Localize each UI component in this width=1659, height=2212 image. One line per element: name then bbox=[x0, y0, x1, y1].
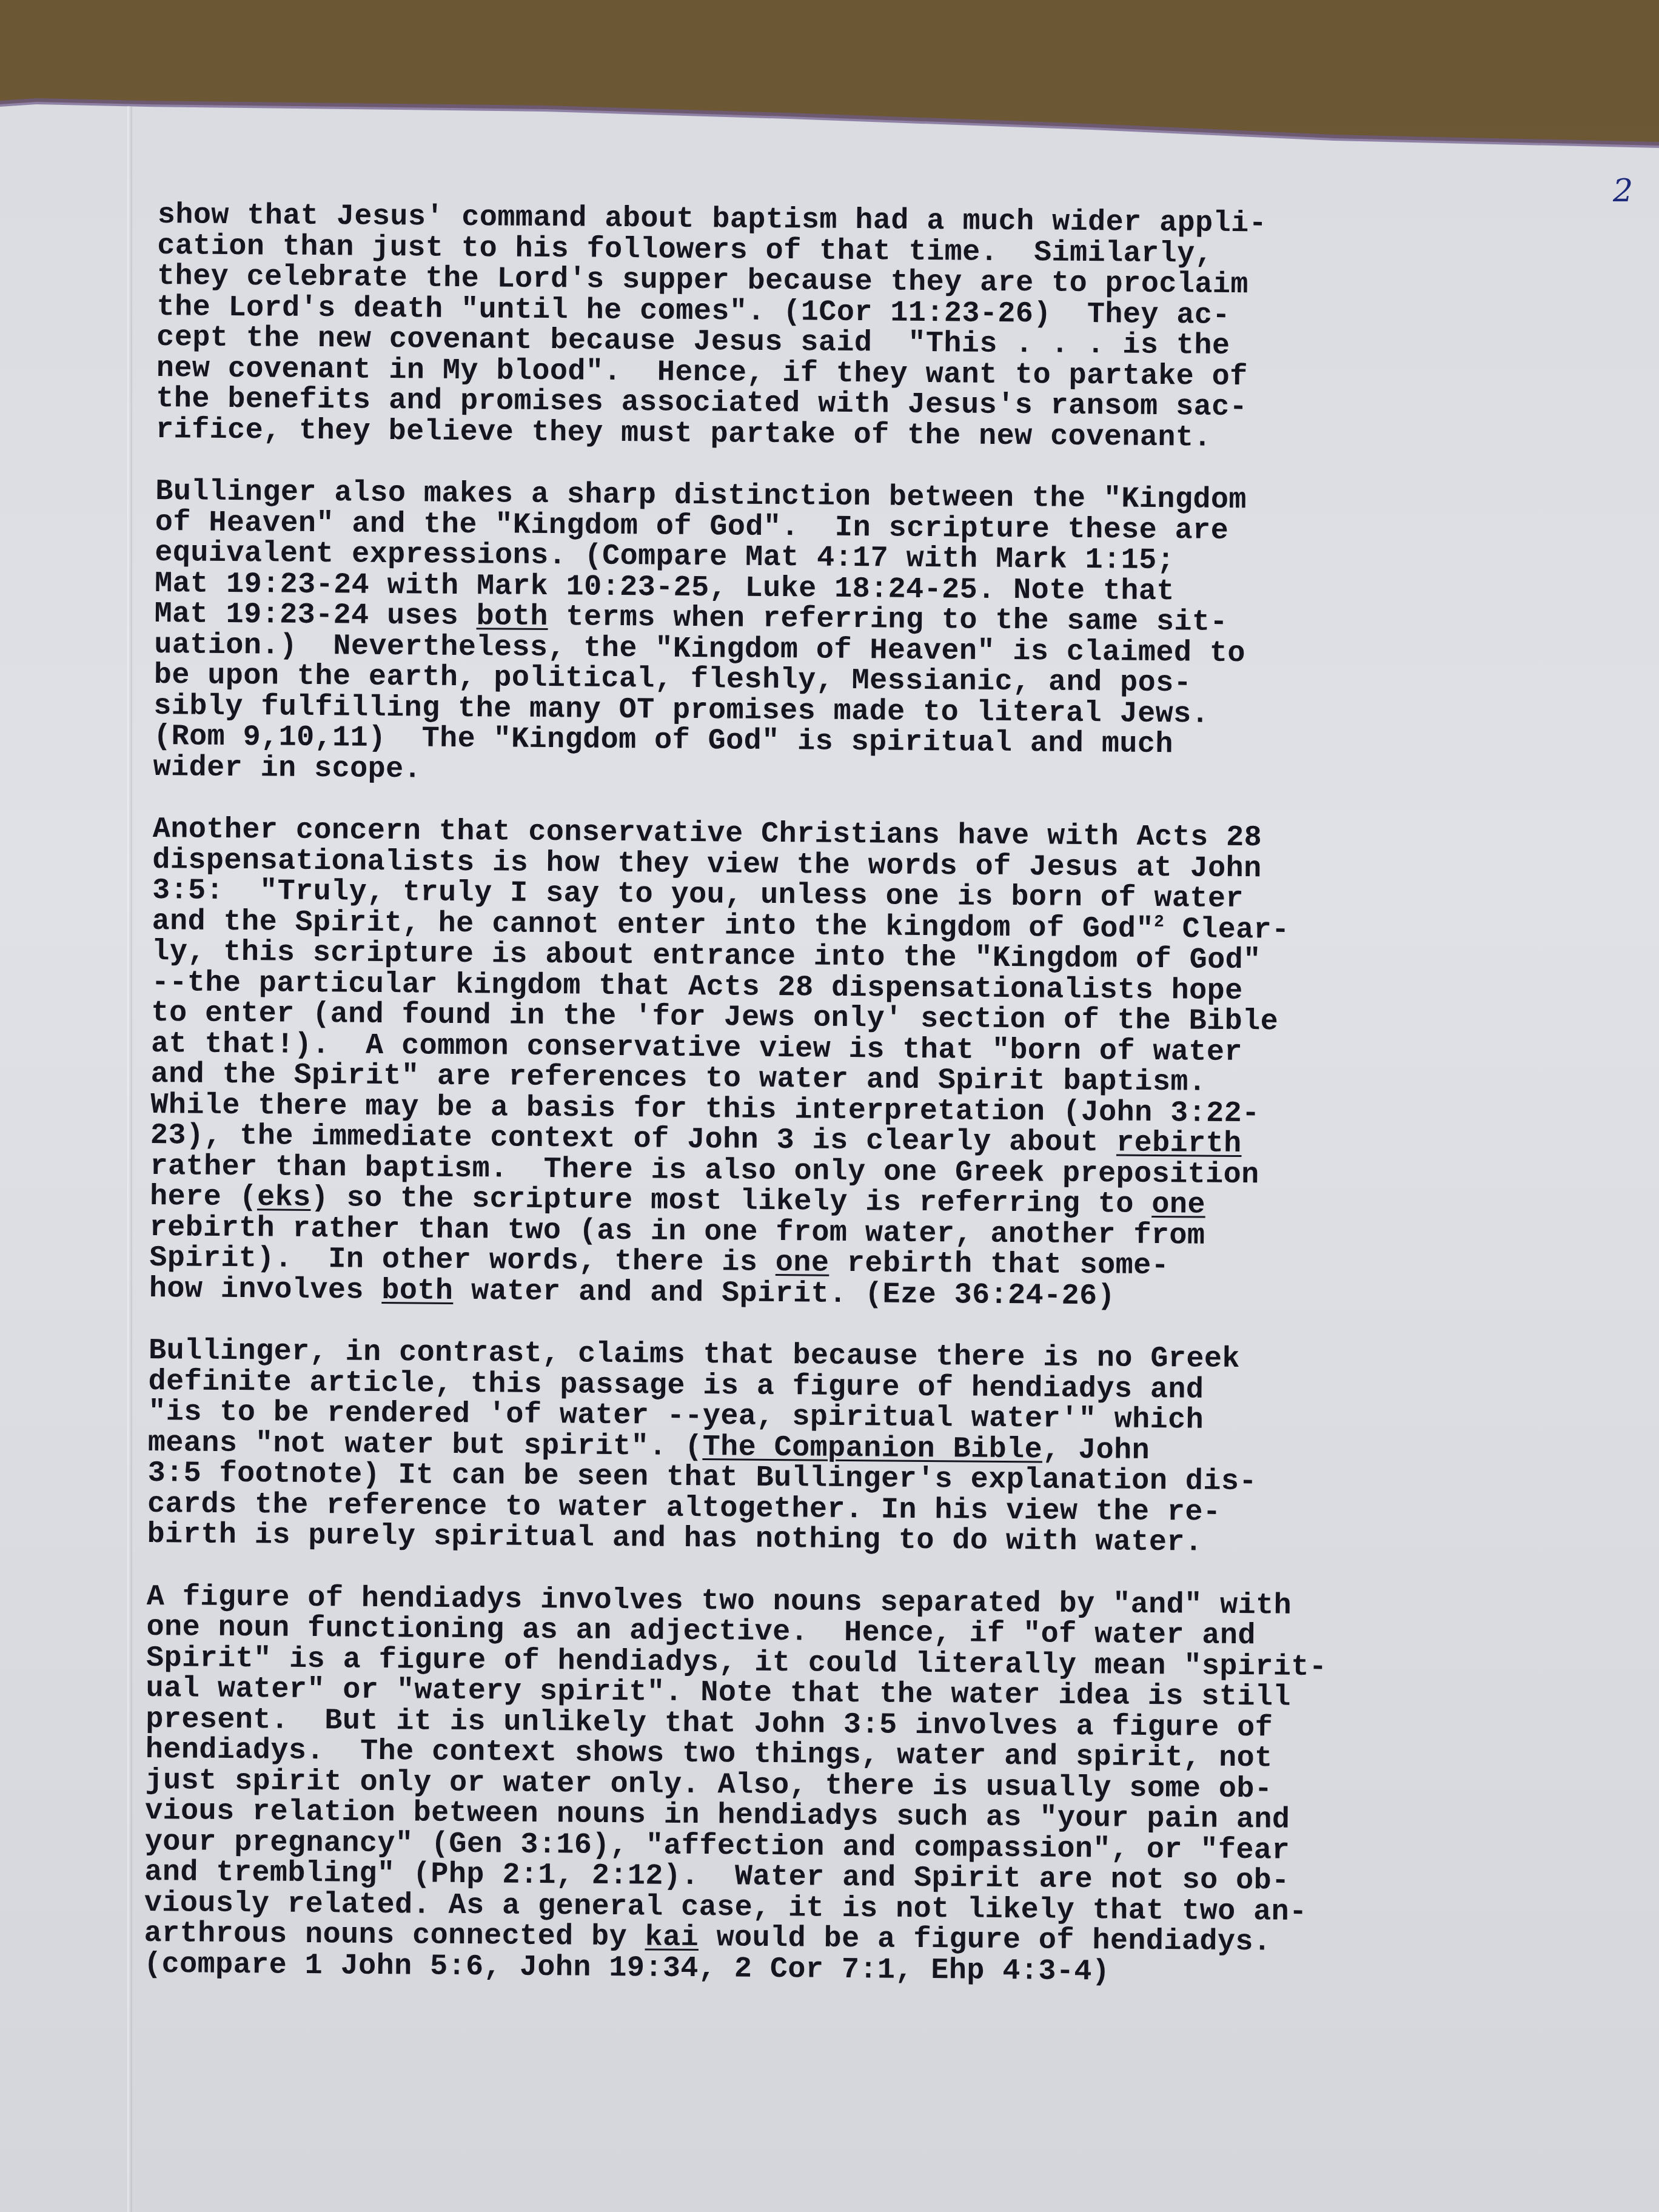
document-body: show that Jesus' command about baptism h… bbox=[144, 200, 1552, 2022]
paragraph: show that Jesus' command about baptism h… bbox=[156, 200, 1552, 456]
text-segment: wider in scope. bbox=[153, 750, 421, 785]
text-segment: Clear- bbox=[1164, 913, 1290, 947]
text-segment: (compare 1 John 5:6, John 19:34, 2 Cor 7… bbox=[144, 1947, 1110, 1988]
text-segment: here ( bbox=[150, 1180, 257, 1214]
paragraph: A figure of hendiadys involves two nouns… bbox=[144, 1581, 1541, 1991]
footnote-marker: 2 bbox=[1154, 913, 1164, 931]
underlined-emphasis: one bbox=[776, 1246, 829, 1280]
underlined-emphasis: both bbox=[381, 1273, 453, 1307]
underlined-emphasis: eks bbox=[257, 1181, 311, 1215]
text-segment: water and and Spirit. (Eze 36:24-26) bbox=[453, 1274, 1115, 1313]
underlined-emphasis: both bbox=[477, 600, 548, 634]
underlined-emphasis: kai bbox=[645, 1920, 699, 1954]
underlined-emphasis: rebirth bbox=[1116, 1126, 1242, 1161]
paragraph: Bullinger, in contrast, claims that beca… bbox=[147, 1336, 1544, 1561]
paper-fold-line bbox=[127, 106, 132, 2212]
text-segment: how involves bbox=[149, 1272, 382, 1307]
paragraph: Bullinger also makes a sharp distinction… bbox=[153, 477, 1550, 794]
underlined-emphasis: one bbox=[1151, 1188, 1205, 1222]
paragraph: Another concern that conservative Christ… bbox=[149, 814, 1547, 1315]
page-number: 2 bbox=[1613, 173, 1633, 209]
text-segment: , John bbox=[1042, 1433, 1150, 1467]
